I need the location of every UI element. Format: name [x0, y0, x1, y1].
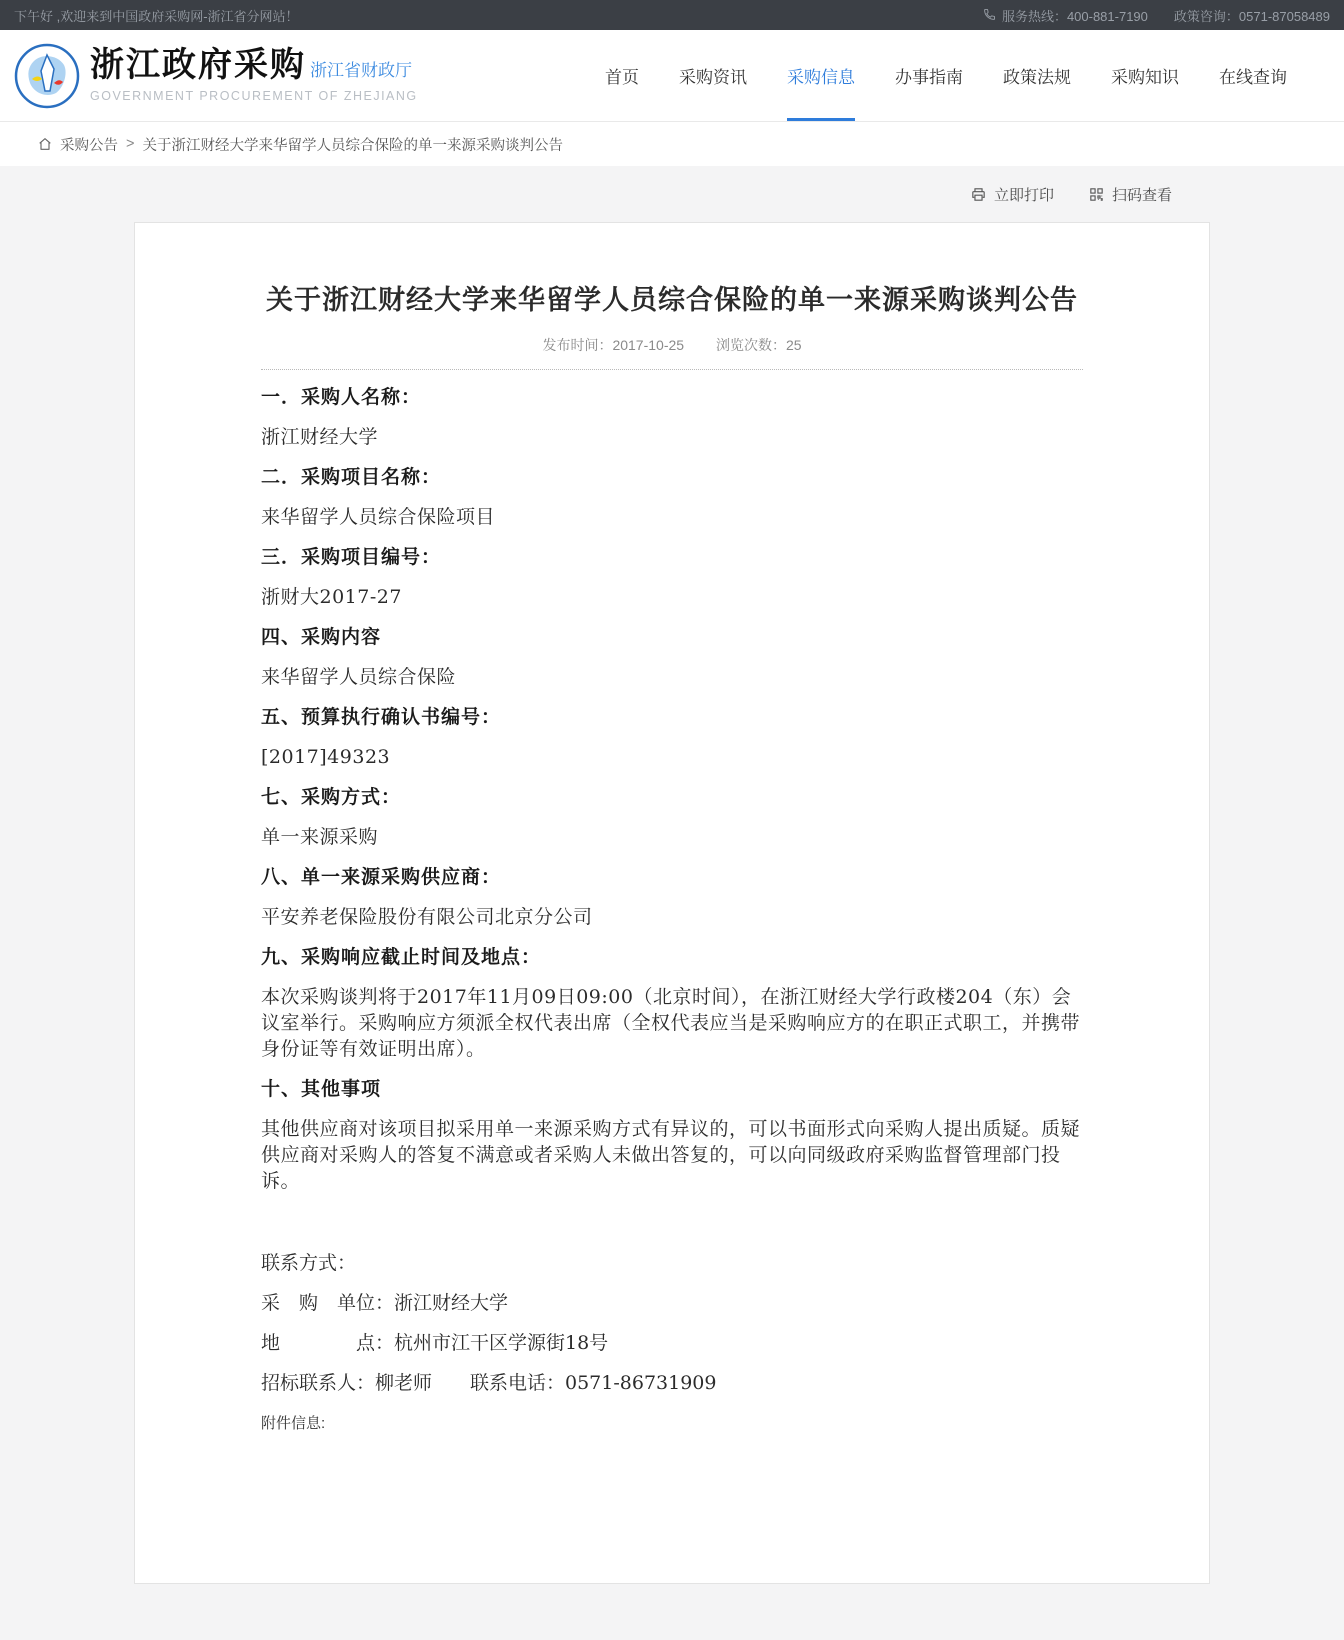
section-body: 单一来源采购	[261, 824, 1083, 850]
top-utility-bar: 下午好 ,欢迎来到中国政府采购网-浙江省分网站！ 服务热线：400-881-71…	[0, 0, 1344, 30]
article-body: 一．采购人名称： 浙江财经大学 二．采购项目名称： 来华留学人员综合保险项目 三…	[261, 384, 1083, 1194]
nav-item[interactable]: 采购知识	[1111, 30, 1179, 121]
contact-title: 联系方式：	[261, 1250, 1083, 1276]
logo-emblem-icon	[14, 43, 80, 109]
scan-label: 扫码查看	[1112, 184, 1172, 205]
article-meta: 发布时间：2017-10-25 浏览次数：25	[261, 335, 1083, 355]
site-subtitle: 浙江省财政厅	[310, 62, 412, 79]
article-section: 四、采购内容 来华留学人员综合保险	[261, 624, 1083, 690]
site-caption: GOVERNMENT PROCUREMENT OF ZHEJIANG	[90, 90, 418, 103]
main-area: 立即打印 扫码查看 关于浙江财经大学来华留学人员综合保险的单一来源采购谈判公告 …	[0, 166, 1344, 1640]
section-heading: 五、预算执行确认书编号：	[261, 704, 1083, 730]
breadcrumb: 采购公告 > 关于浙江财经大学来华留学人员综合保险的单一来源采购谈判公告	[0, 122, 1344, 166]
contact-line: 采 购 单位：浙江财经大学	[261, 1290, 1083, 1316]
section-heading: 三．采购项目编号：	[261, 544, 1083, 570]
nav-item[interactable]: 采购资讯	[679, 30, 747, 121]
section-body: 浙财大2017-27	[261, 584, 1083, 610]
print-button[interactable]: 立即打印	[970, 184, 1054, 205]
page-actions: 立即打印 扫码查看	[134, 184, 1210, 205]
printer-icon	[970, 186, 987, 203]
service-hotline: 服务热线：400-881-7190	[982, 6, 1148, 25]
section-heading: 七、采购方式：	[261, 784, 1083, 810]
section-body: 其他供应商对该项目拟采用单一来源采购方式有异议的，可以书面形式向采购人提出质疑。…	[261, 1116, 1083, 1194]
section-body: 本次采购谈判将于2017年11月09日09:00（北京时间），在浙江财经大学行政…	[261, 984, 1083, 1062]
article-section: 五、预算执行确认书编号： [2017]49323	[261, 704, 1083, 770]
section-heading: 九、采购响应截止时间及地点：	[261, 944, 1083, 970]
announcement-card: 关于浙江财经大学来华留学人员综合保险的单一来源采购谈判公告 发布时间：2017-…	[134, 222, 1210, 1584]
section-body: 平安养老保险股份有限公司北京分公司	[261, 904, 1083, 930]
policy-text: 政策咨询：0571-87058489	[1174, 6, 1330, 25]
nav-item[interactable]: 采购信息	[787, 30, 855, 121]
section-heading: 十、其他事项	[261, 1076, 1083, 1102]
article-section: 三．采购项目编号： 浙财大2017-27	[261, 544, 1083, 610]
section-heading: 四、采购内容	[261, 624, 1083, 650]
contact-line: 地 点：杭州市江干区学源街18号	[261, 1330, 1083, 1356]
site-logo[interactable]: 浙江政府采购 浙江省财政厅 GOVERNMENT PROCUREMENT OF …	[14, 43, 418, 109]
qr-code-icon	[1088, 186, 1105, 203]
section-body: 来华留学人员综合保险	[261, 664, 1083, 690]
article-section: 十、其他事项 其他供应商对该项目拟采用单一来源采购方式有异议的，可以书面形式向采…	[261, 1076, 1083, 1194]
view-count: 浏览次数：25	[716, 337, 802, 353]
section-heading: 八、单一来源采购供应商：	[261, 864, 1083, 890]
home-icon	[37, 136, 53, 152]
article-section: 七、采购方式： 单一来源采购	[261, 784, 1083, 850]
section-heading: 二．采购项目名称：	[261, 464, 1083, 490]
policy-consult: 政策咨询：0571-87058489	[1174, 6, 1330, 25]
article-section: 八、单一来源采购供应商： 平安养老保险股份有限公司北京分公司	[261, 864, 1083, 930]
section-body: 浙江财经大学	[261, 424, 1083, 450]
article-title: 关于浙江财经大学来华留学人员综合保险的单一来源采购谈判公告	[261, 283, 1083, 318]
phone-icon	[982, 8, 996, 22]
article-section: 一．采购人名称： 浙江财经大学	[261, 384, 1083, 450]
site-header: 浙江政府采购 浙江省财政厅 GOVERNMENT PROCUREMENT OF …	[0, 30, 1344, 122]
nav-item[interactable]: 在线查询	[1219, 30, 1287, 121]
welcome-message: 下午好 ,欢迎来到中国政府采购网-浙江省分网站！	[14, 6, 299, 25]
breadcrumb-separator: >	[126, 136, 134, 152]
nav-item[interactable]: 政策法规	[1003, 30, 1071, 121]
title-divider	[261, 369, 1083, 370]
nav-item[interactable]: 首页	[605, 30, 639, 121]
contact-lines: 采 购 单位：浙江财经大学 地 点：杭州市江干区学源街18号 招标联系人：柳老师…	[261, 1290, 1083, 1396]
contact-line: 招标联系人：柳老师 联系电话：0571-86731909	[261, 1370, 1083, 1396]
section-heading: 一．采购人名称：	[261, 384, 1083, 410]
print-label: 立即打印	[994, 184, 1054, 205]
section-body: 来华留学人员综合保险项目	[261, 504, 1083, 530]
breadcrumb-root-link[interactable]: 采购公告	[60, 134, 118, 155]
nav-item[interactable]: 办事指南	[895, 30, 963, 121]
publish-time: 发布时间：2017-10-25	[542, 337, 684, 353]
main-nav: 首页 采购资讯 采购信息 办事指南 政策法规 采购知识 在线查询	[605, 30, 1287, 121]
section-body: [2017]49323	[261, 744, 1083, 770]
hotline-text: 服务热线：400-881-7190	[1002, 6, 1148, 25]
article-section: 九、采购响应截止时间及地点： 本次采购谈判将于2017年11月09日09:00（…	[261, 944, 1083, 1062]
breadcrumb-current: 关于浙江财经大学来华留学人员综合保险的单一来源采购谈判公告	[142, 134, 563, 155]
site-name: 浙江政府采购	[90, 49, 306, 83]
contact-block: 联系方式： 采 购 单位：浙江财经大学 地 点：杭州市江干区学源街18号 招标联…	[261, 1250, 1083, 1396]
attachment-label: 附件信息:	[261, 1412, 1083, 1433]
scan-qr-button[interactable]: 扫码查看	[1088, 184, 1172, 205]
article-section: 二．采购项目名称： 来华留学人员综合保险项目	[261, 464, 1083, 530]
